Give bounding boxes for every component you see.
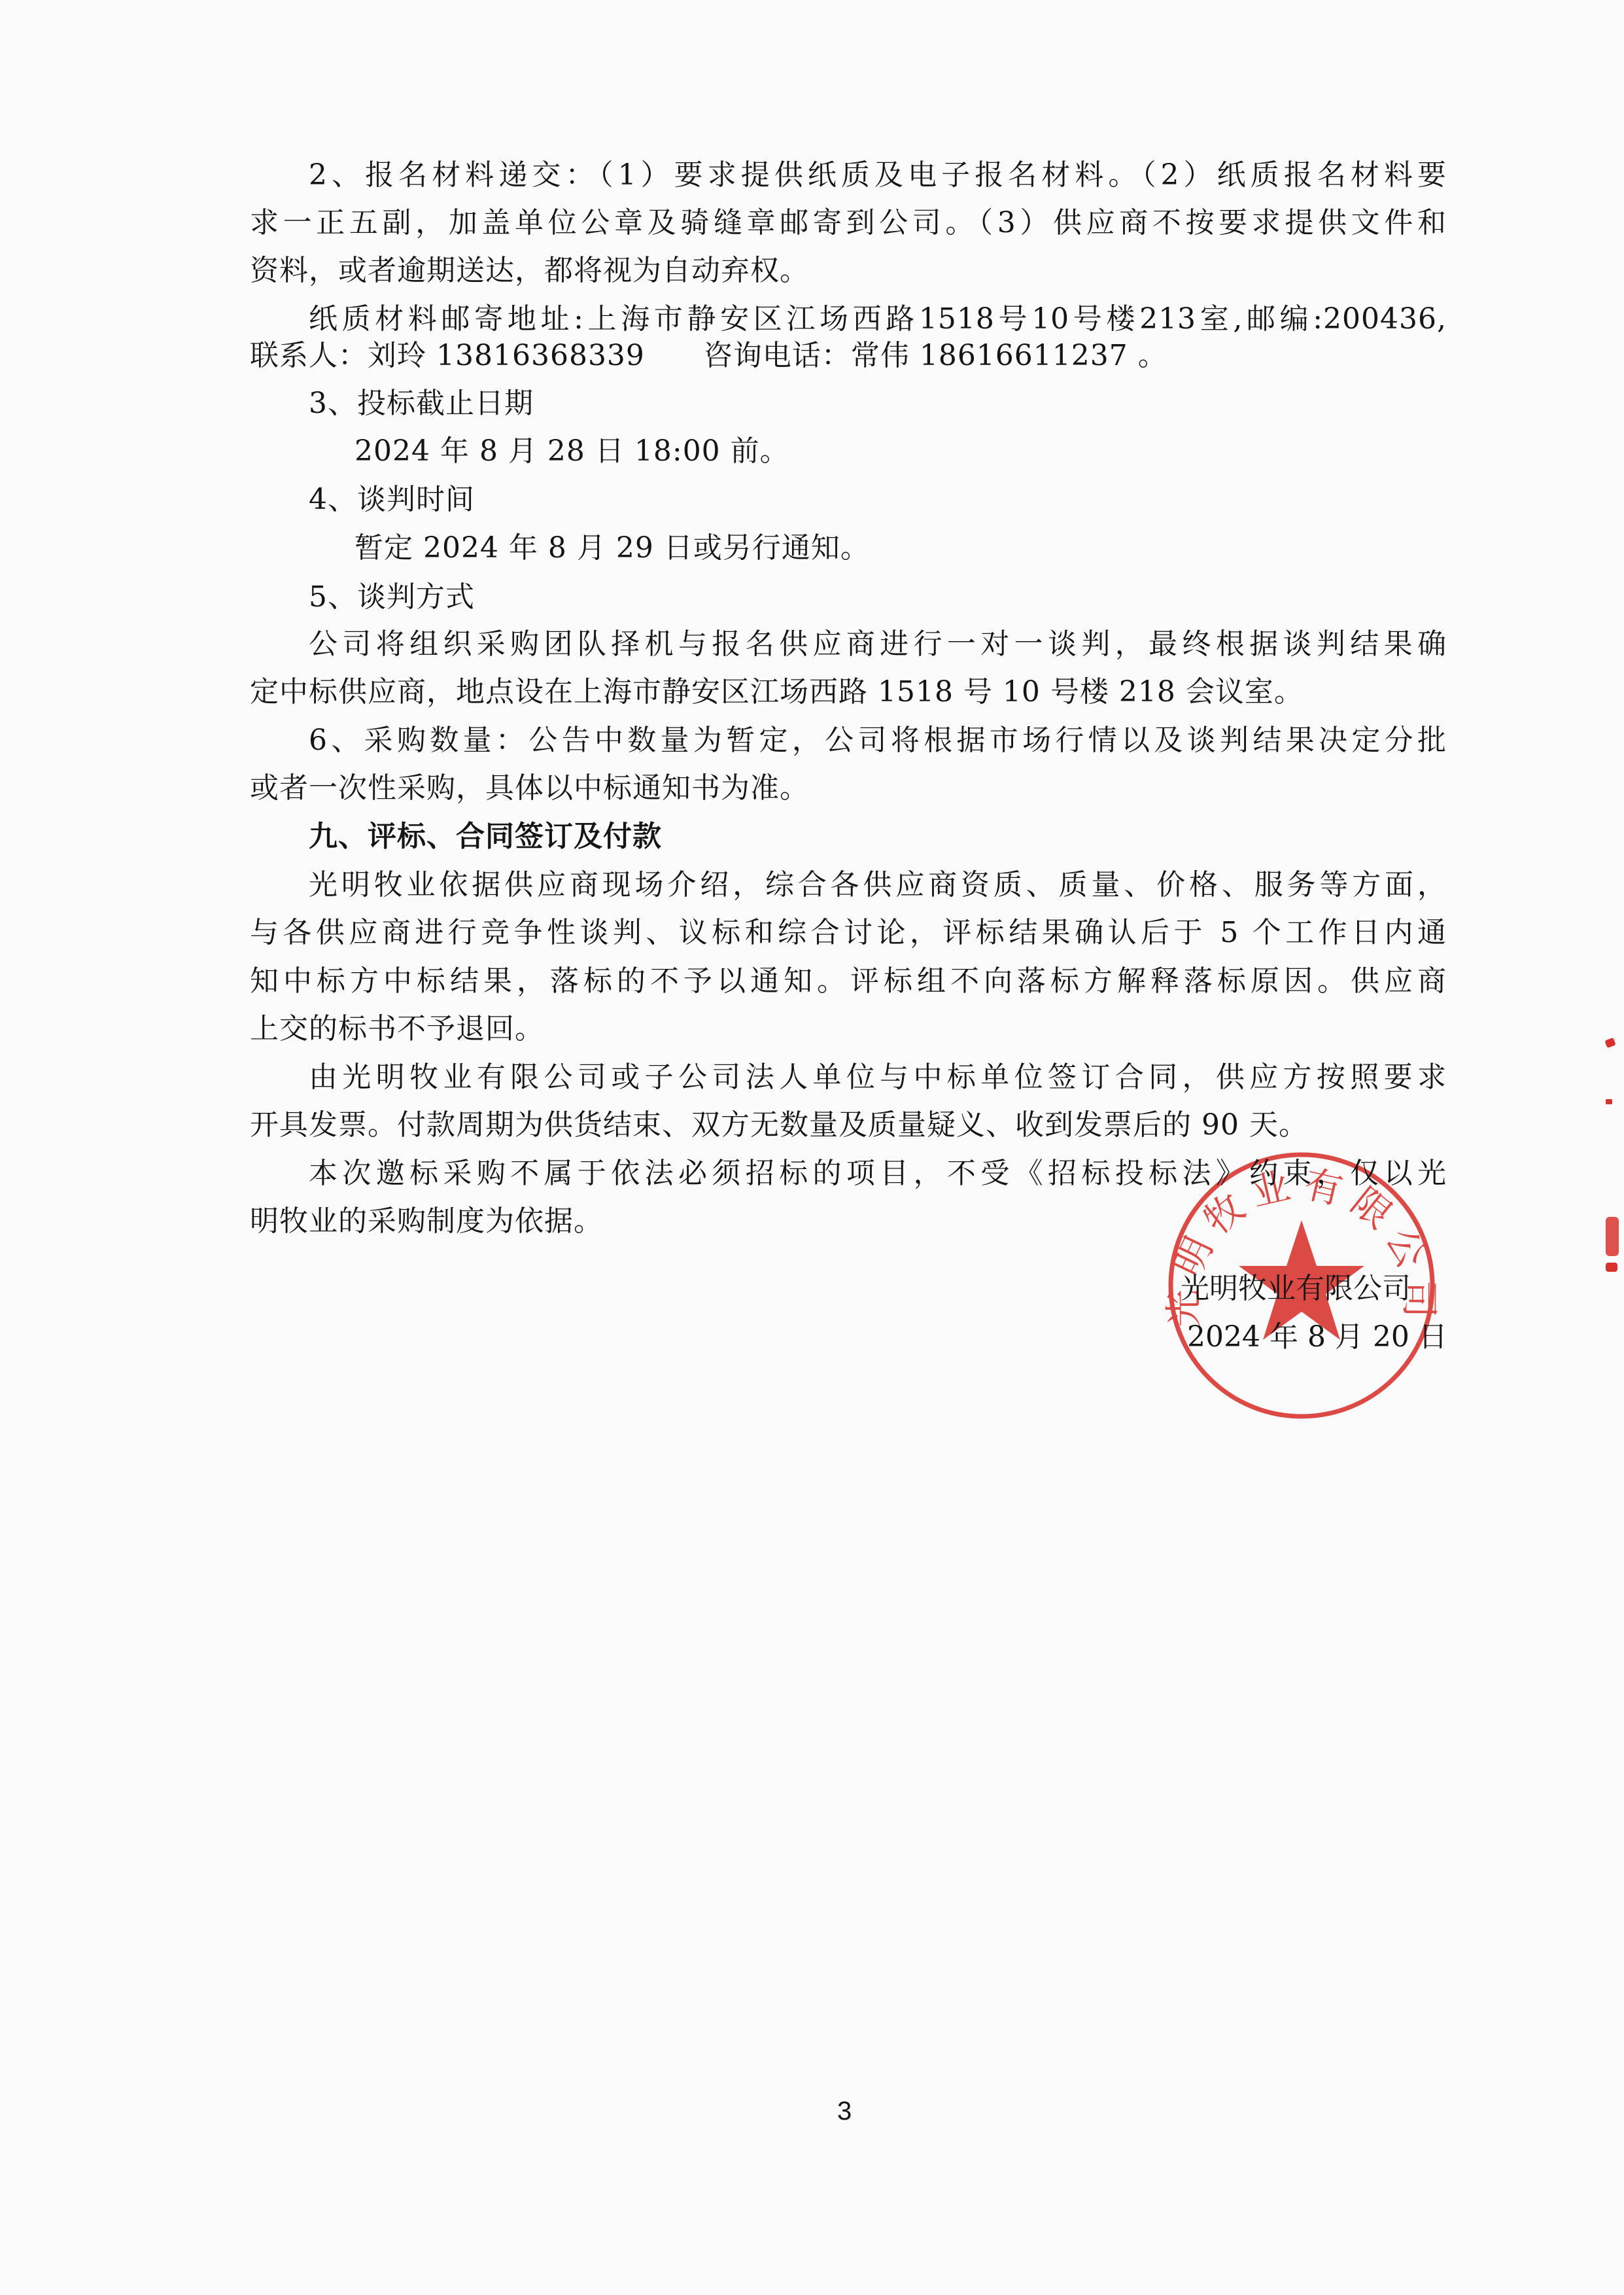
signature-company: 光明牧业有限公司: [1181, 1269, 1411, 1308]
item6-line-2: 或者一次性采购，具体以中标通知书为准。: [250, 769, 809, 808]
item5-line-2: 定中标供应商，地点设在上海市静安区江场西路 1518 号 10 号楼 218 会…: [250, 673, 1304, 712]
s9-p2-line-2: 开具发票。付款周期为供货结束、双方无数量及质量疑义、收到发票后的 90 天。: [250, 1106, 1308, 1145]
s9-p2-line-1: 由光明牧业有限公司或子公司法人单位与中标单位签订合同，供应方按照要求: [309, 1058, 1447, 1097]
item5-title: 5、谈判方式: [309, 578, 475, 617]
s9-p1-line-1: 光明牧业依据供应商现场介绍，综合各供应商资质、质量、价格、服务等方面，: [309, 866, 1447, 905]
item6-line-1: 6、采购数量：公告中数量为暂定，公司将根据市场行情以及谈判结果决定分批: [309, 721, 1447, 760]
item2-line-1: 2、报名材料递交：（1）要求提供纸质及电子报名材料。（2）纸质报名材料要: [309, 156, 1447, 195]
item4-title: 4、谈判时间: [309, 480, 475, 519]
s9-p3-line-2: 明牧业的采购制度为依据。: [250, 1202, 603, 1241]
s9-p1-line-2: 与各供应商进行竞争性谈判、议标和综合讨论，评标结果确认后于 5 个工作日内通: [250, 913, 1447, 953]
bid-deadline: 2024 年 8 月 28 日 18:00 前。: [354, 432, 789, 471]
s9-p3-line-1: 本次邀标采购不属于依法必须招标的项目，不受《招标投标法》约束，仅以光: [309, 1154, 1447, 1193]
document-page: 2、报名材料递交：（1）要求提供纸质及电子报名材料。（2）纸质报名材料要 求一正…: [0, 0, 1624, 2295]
item3-title: 3、投标截止日期: [309, 384, 534, 423]
mailing-address-line: 纸质材料邮寄地址:上海市静安区江场西路1518号10号楼213室,邮编:2004…: [309, 300, 1447, 339]
seam-seal-fragment: [1606, 1263, 1617, 1272]
seam-seal-fragment: [1604, 1038, 1615, 1048]
contact-line: 联系人：刘玲 13816368339 咨询电话：常伟 18616611237 。: [250, 336, 1167, 376]
section-9-title: 九、评标、合同签订及付款: [309, 817, 662, 856]
page-number: 3: [837, 2097, 852, 2126]
signature-date: 2024 年 8 月 20 日: [1187, 1318, 1447, 1357]
s9-p1-line-4: 上交的标书不予退回。: [250, 1009, 544, 1049]
negotiation-time: 暂定 2024 年 8 月 29 日或另行通知。: [354, 529, 870, 568]
item2-line-3: 资料，或者逾期送达，都将视为自动弃权。: [250, 251, 809, 290]
seam-seal-fragment: [1606, 1217, 1619, 1256]
item2-line-2: 求一正五副，加盖单位公章及骑缝章邮寄到公司。（3）供应商不按要求提供文件和: [250, 203, 1447, 243]
seam-seal-fragment: [1606, 1099, 1612, 1104]
item5-line-1: 公司将组织采购团队择机与报名供应商进行一对一谈判，最终根据谈判结果确: [309, 625, 1447, 664]
s9-p1-line-3: 知中标方中标结果，落标的不予以通知。评标组不向落标方解释落标原因。供应商: [250, 962, 1447, 1001]
